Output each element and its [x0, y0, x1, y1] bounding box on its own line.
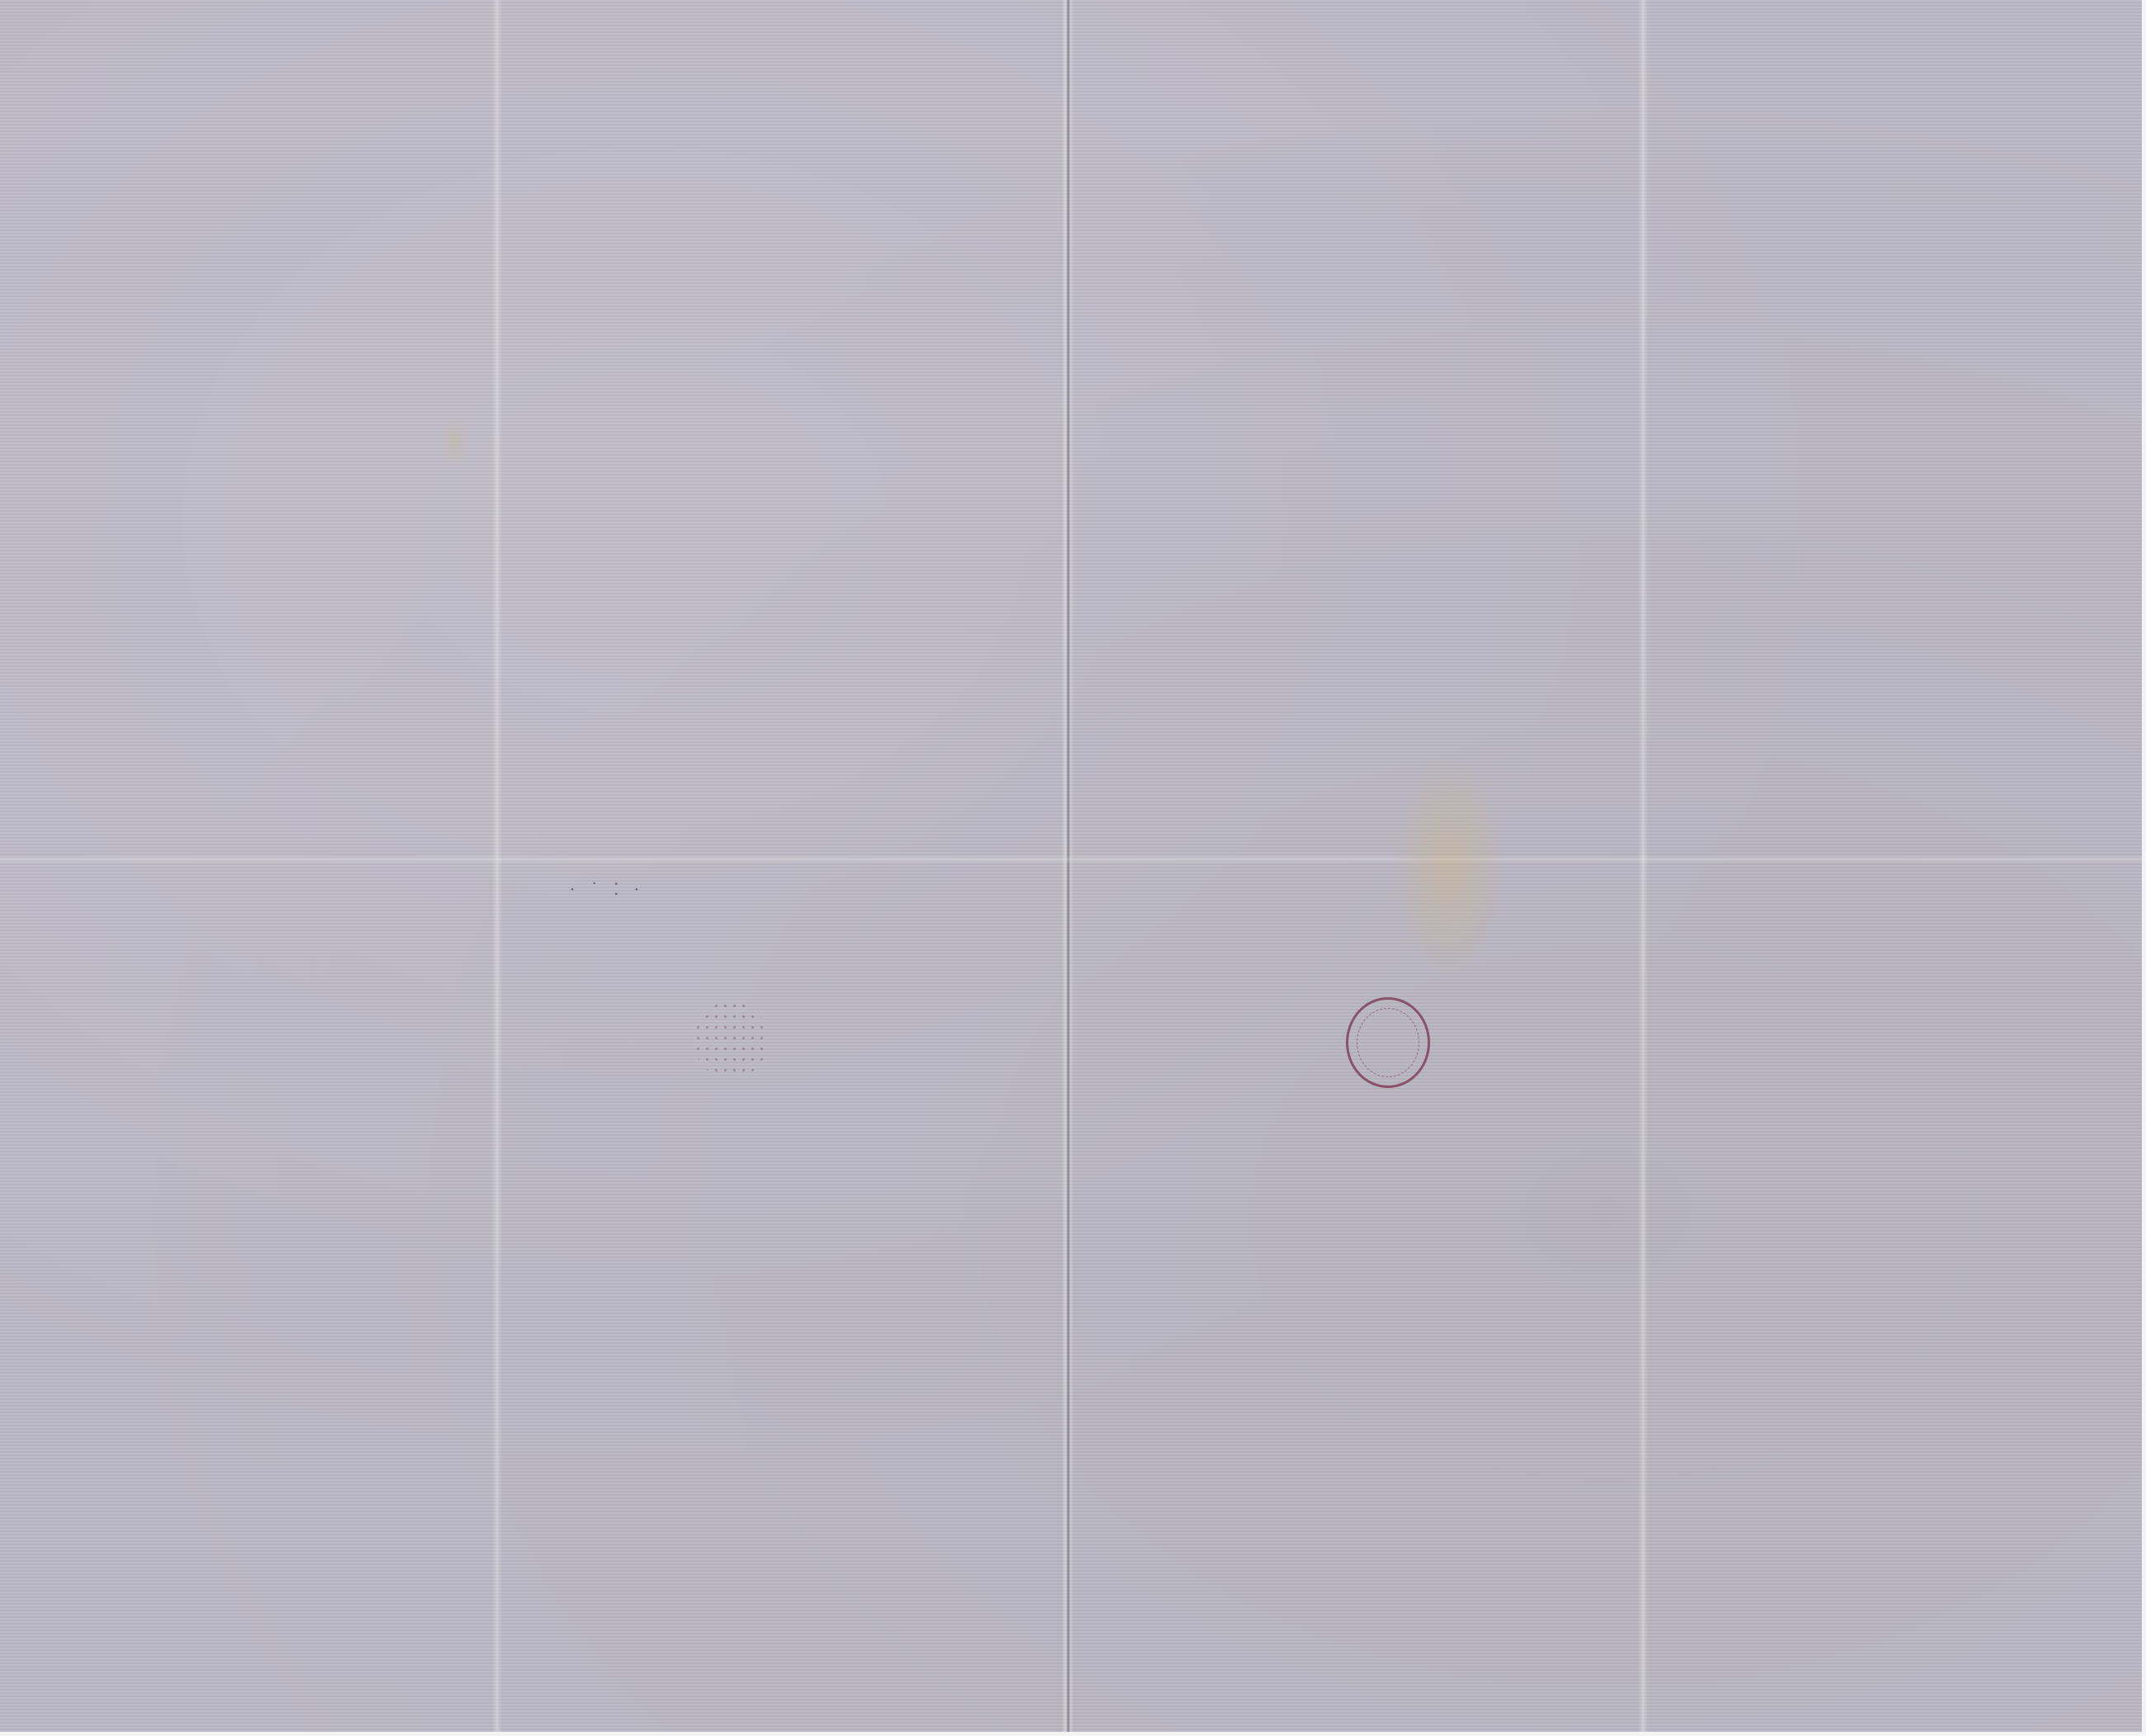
letter-sheet: · ˙ ⁚ ·	[0, 0, 2142, 1732]
right-page-text	[0, 0, 2142, 1732]
